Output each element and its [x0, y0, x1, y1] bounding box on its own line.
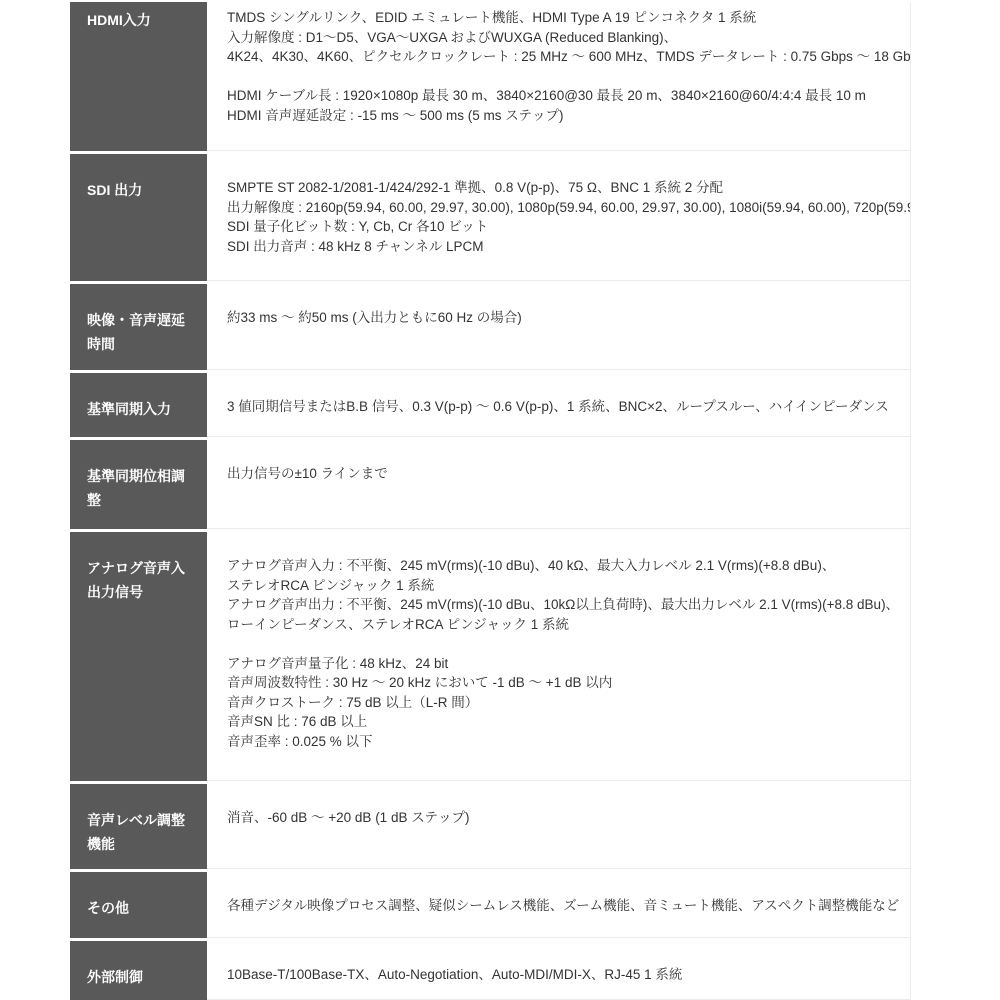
spec-header-text: 音声レベル調整 — [87, 808, 199, 832]
spec-header-text: 映像・音声遅延 — [87, 308, 199, 332]
spec-value-line: 音声周波数特性 : 30 Hz 〜 20 kHz において -1 dB 〜 +1… — [227, 673, 906, 693]
spec-header-text: アナログ音声入 — [87, 556, 199, 580]
spec-row-header: HDMI入力 — [70, 2, 207, 151]
spec-table: HDMI入力TMDS シングルリンク、EDID エミュレート機能、HDMI Ty… — [70, 2, 911, 1000]
spec-row-value: 出力信号の±10 ラインまで — [207, 440, 910, 529]
spec-value-line: SDI 出力音声 : 48 kHz 8 チャンネル LPCM — [227, 237, 906, 257]
spec-header-text: 基準同期位相調 — [87, 464, 199, 488]
spec-row-header: SDI 出力 — [70, 154, 207, 281]
spec-header-text: その他 — [87, 896, 199, 920]
table-row: SDI 出力SMPTE ST 2082-1/2081-1/424/292-1 準… — [70, 154, 910, 281]
spec-row-value: アナログ音声入力 : 不平衡、245 mV(rms)(-10 dBu)、40 k… — [207, 532, 910, 781]
spec-row-header: 外部制御 — [70, 941, 207, 1000]
spec-header-text: 外部制御 — [87, 965, 199, 989]
spec-value-line: ローインピーダンス、ステレオRCA ピンジャック 1 系統 — [227, 615, 906, 635]
spec-value-line — [227, 67, 906, 87]
spec-value-line: 3 値同期信号またはB.B 信号、0.3 V(p-p) 〜 0.6 V(p-p)… — [227, 397, 906, 417]
spec-row-header: 音声レベル調整機能 — [70, 784, 207, 869]
spec-value-line: 各種デジタル映像プロセス調整、疑似シームレス機能、ズーム機能、音ミュート機能、ア… — [227, 896, 906, 916]
spec-row-header: 基準同期入力 — [70, 373, 207, 437]
spec-value-line: HDMI 音声遅延設定 : -15 ms 〜 500 ms (5 ms ステップ… — [227, 106, 906, 126]
spec-header-text: 出力信号 — [87, 580, 199, 604]
table-row: 音声レベル調整機能消音、-60 dB 〜 +20 dB (1 dB ステップ) — [70, 784, 910, 869]
spec-row-value: 各種デジタル映像プロセス調整、疑似シームレス機能、ズーム機能、音ミュート機能、ア… — [207, 872, 910, 938]
spec-value-line — [227, 634, 906, 654]
spec-value-line: 出力解像度 : 2160p(59.94, 60.00, 29.97, 30.00… — [227, 198, 906, 218]
spec-value-line: 約33 ms 〜 約50 ms (入出力ともに60 Hz の場合) — [227, 308, 906, 328]
spec-value-line: HDMI ケーブル長 : 1920×1080p 最長 30 m、3840×216… — [227, 86, 906, 106]
spec-value-line: アナログ音声入力 : 不平衡、245 mV(rms)(-10 dBu)、40 k… — [227, 556, 906, 576]
spec-value-line: 音声SN 比 : 76 dB 以上 — [227, 712, 906, 732]
spec-row-value: 消音、-60 dB 〜 +20 dB (1 dB ステップ) — [207, 784, 910, 869]
table-row: 基準同期入力3 値同期信号またはB.B 信号、0.3 V(p-p) 〜 0.6 … — [70, 373, 910, 437]
spec-header-text: 基準同期入力 — [87, 397, 199, 421]
spec-value-line: SDI 量子化ビット数 : Y, Cb, Cr 各10 ビット — [227, 217, 906, 237]
table-row: 外部制御10Base-T/100Base-TX、Auto-Negotiation… — [70, 941, 910, 1000]
spec-value-line: 4K24、4K30、4K60、ピクセルクロックレート : 25 MHz 〜 60… — [227, 47, 906, 67]
spec-value-line: TMDS シングルリンク、EDID エミュレート機能、HDMI Type A 1… — [227, 8, 906, 28]
spec-row-header: その他 — [70, 872, 207, 938]
spec-row-value: SMPTE ST 2082-1/2081-1/424/292-1 準拠、0.8 … — [207, 154, 910, 281]
spec-header-text: HDMI入力 — [87, 8, 199, 32]
spec-row-value: 約33 ms 〜 約50 ms (入出力ともに60 Hz の場合) — [207, 284, 910, 370]
table-row: その他各種デジタル映像プロセス調整、疑似シームレス機能、ズーム機能、音ミュート機… — [70, 872, 910, 938]
spec-value-line: 出力信号の±10 ラインまで — [227, 464, 906, 484]
spec-row-value: 3 値同期信号またはB.B 信号、0.3 V(p-p) 〜 0.6 V(p-p)… — [207, 373, 910, 437]
spec-row-header: 映像・音声遅延時間 — [70, 284, 207, 370]
spec-value-line: SMPTE ST 2082-1/2081-1/424/292-1 準拠、0.8 … — [227, 178, 906, 198]
table-row: 基準同期位相調整出力信号の±10 ラインまで — [70, 440, 910, 529]
spec-value-line: 消音、-60 dB 〜 +20 dB (1 dB ステップ) — [227, 808, 906, 828]
table-row: 映像・音声遅延時間約33 ms 〜 約50 ms (入出力ともに60 Hz の場… — [70, 284, 910, 370]
spec-row-value: 10Base-T/100Base-TX、Auto-Negotiation、Aut… — [207, 941, 910, 1000]
spec-value-line: アナログ音声出力 : 不平衡、245 mV(rms)(-10 dBu、10kΩ以… — [227, 595, 906, 615]
spec-header-text: 時間 — [87, 332, 199, 356]
spec-value-line: 入力解像度 : D1〜D5、VGA〜UXGA およびWUXGA (Reduced… — [227, 28, 906, 48]
spec-value-line: 10Base-T/100Base-TX、Auto-Negotiation、Aut… — [227, 965, 906, 985]
spec-header-text: 整 — [87, 488, 199, 512]
spec-value-line: 音声歪率 : 0.025 % 以下 — [227, 732, 906, 752]
table-row: HDMI入力TMDS シングルリンク、EDID エミュレート機能、HDMI Ty… — [70, 2, 910, 151]
table-row: アナログ音声入出力信号アナログ音声入力 : 不平衡、245 mV(rms)(-1… — [70, 532, 910, 781]
spec-row-value: TMDS シングルリンク、EDID エミュレート機能、HDMI Type A 1… — [207, 2, 910, 151]
spec-row-header: 基準同期位相調整 — [70, 440, 207, 529]
spec-value-line: 音声クロストーク : 75 dB 以上（L-R 間） — [227, 693, 906, 713]
spec-header-text: 機能 — [87, 832, 199, 856]
spec-header-text: SDI 出力 — [87, 178, 199, 202]
spec-value-line: ステレオRCA ピンジャック 1 系統 — [227, 576, 906, 596]
spec-value-line: アナログ音声量子化 : 48 kHz、24 bit — [227, 654, 906, 674]
spec-row-header: アナログ音声入出力信号 — [70, 532, 207, 781]
